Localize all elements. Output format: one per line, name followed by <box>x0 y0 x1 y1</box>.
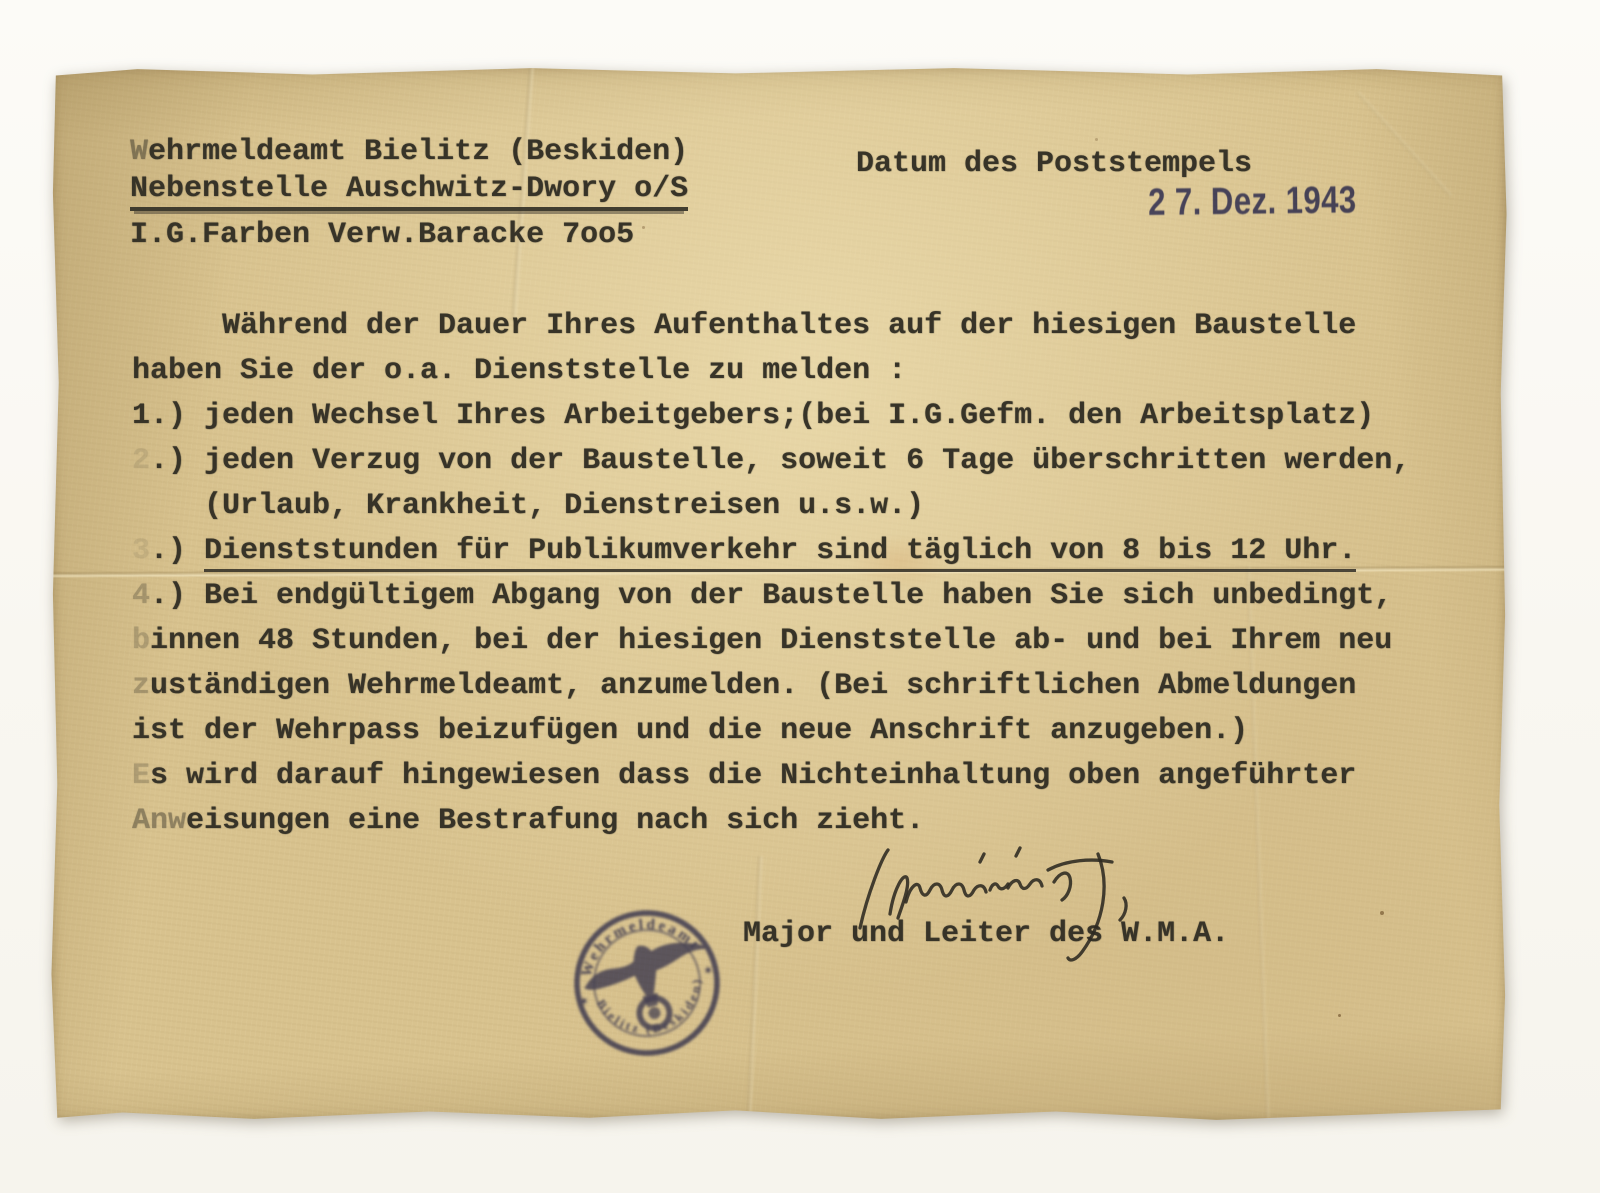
document-line: ist der Wehrpass beizufügen und die neue… <box>132 709 1502 754</box>
postmark-date-stamp: 2 7. Dez. 1943 <box>1148 179 1357 225</box>
sender-address-block: Wehrmeldeamt Bielitz (Beskiden)Nebenstel… <box>130 134 688 254</box>
document-line: binnen 48 Stunden, bei der hiesigen Dien… <box>132 619 1502 664</box>
scanned-document-background: Wehrmeldeamt Bielitz (Beskiden)Nebenstel… <box>0 0 1600 1193</box>
text-segment: eisungen eine Bestrafung nach sich zieht… <box>186 804 924 838</box>
document-line: (Urlaub, Krankheit, Dienstreisen u.s.w.) <box>132 484 1502 529</box>
document-line: 2.) jeden Verzug von der Baustelle, sowe… <box>132 439 1502 484</box>
document-line: zuständigen Wehrmeldeamt, anzumelden. (B… <box>132 664 1502 709</box>
text-segment: 2 <box>132 444 150 478</box>
document-line: Wehrmeldeamt Bielitz (Beskiden) <box>130 134 688 171</box>
document-body: Während der Dauer Ihres Aufenthaltes auf… <box>132 304 1502 844</box>
text-segment: W <box>130 135 148 169</box>
text-segment: uständigen Wehrmeldeamt, anzumelden. (Be… <box>150 669 1356 703</box>
text-segment: .) jeden Verzug von der Baustelle, sowei… <box>150 444 1410 478</box>
text-segment: 4 <box>132 579 150 613</box>
text-segment: ist der Wehrpass beizufügen und die neue… <box>132 714 1248 748</box>
signature-caption: Major und Leiter des W.M.A. <box>743 912 1229 957</box>
text-segment: (Urlaub, Krankheit, Dienstreisen u.s.w.) <box>132 489 924 523</box>
paper-crease <box>746 856 763 1122</box>
paper-sheet-wrap: Wehrmeldeamt Bielitz (Beskiden)Nebenstel… <box>50 66 1508 1122</box>
document-line: Während der Dauer Ihres Aufenthaltes auf… <box>132 304 1502 349</box>
text-segment: .) <box>150 534 204 568</box>
text-segment: b <box>132 624 150 658</box>
document-line: Anweisungen eine Bestrafung nach sich zi… <box>132 799 1502 844</box>
paper-speck <box>1338 1014 1341 1017</box>
text-segment: Während der Dauer Ihres Aufenthaltes auf… <box>132 309 1356 343</box>
paper-sheet: Wehrmeldeamt Bielitz (Beskiden)Nebenstel… <box>50 66 1508 1122</box>
paper-speck <box>1380 911 1384 915</box>
document-line: I.G.Farben Verw.Baracke 7oo5 <box>130 217 688 254</box>
text-segment: haben Sie der o.a. Dienststelle zu melde… <box>132 354 906 388</box>
postmark-label: Datum des Poststempels <box>856 142 1252 187</box>
text-segment: 1.) jeden Wechsel Ihres Arbeitgebers;(be… <box>132 399 1374 433</box>
text-segment: Dienststunden für Publikumverkehr sind t… <box>204 534 1356 572</box>
document-line: Es wird darauf hingewiesen dass die Nich… <box>132 754 1502 799</box>
text-segment: 3 <box>132 534 150 568</box>
document-line: 3.) Dienststunden für Publikumverkehr si… <box>132 529 1502 574</box>
stamp-star-left: ✶ <box>577 993 591 1010</box>
document-line: Nebenstelle Auschwitz-Dwory o/S <box>130 171 688 208</box>
text-segment: innen 48 Stunden, bei der hiesigen Diens… <box>150 624 1392 658</box>
document-line: haben Sie der o.a. Dienststelle zu melde… <box>132 349 1502 394</box>
text-segment: Anw <box>132 804 186 838</box>
text-segment: s wird darauf hingewiesen dass die Nicht… <box>150 759 1356 793</box>
paper-crease <box>1356 91 1453 198</box>
text-segment: ehrmeldeamt Bielitz (Beskiden) <box>148 135 688 169</box>
document-line: 4.) Bei endgültigem Abgang von der Baust… <box>132 574 1502 619</box>
text-segment: I.G.Farben Verw.Baracke 7oo5 <box>130 218 634 252</box>
text-segment: Nebenstelle Auschwitz-Dwory o/S <box>130 172 688 211</box>
text-segment: E <box>132 759 150 793</box>
official-stamp: Wehrmeldeamt Bielitz (Beskiden) ✶ ✶ <box>548 884 747 1083</box>
text-segment: .) Bei endgültigem Abgang von der Bauste… <box>150 579 1392 613</box>
text-segment: z <box>132 669 150 703</box>
paper-speck <box>1095 138 1098 141</box>
document-line: 1.) jeden Wechsel Ihres Arbeitgebers;(be… <box>132 394 1502 439</box>
